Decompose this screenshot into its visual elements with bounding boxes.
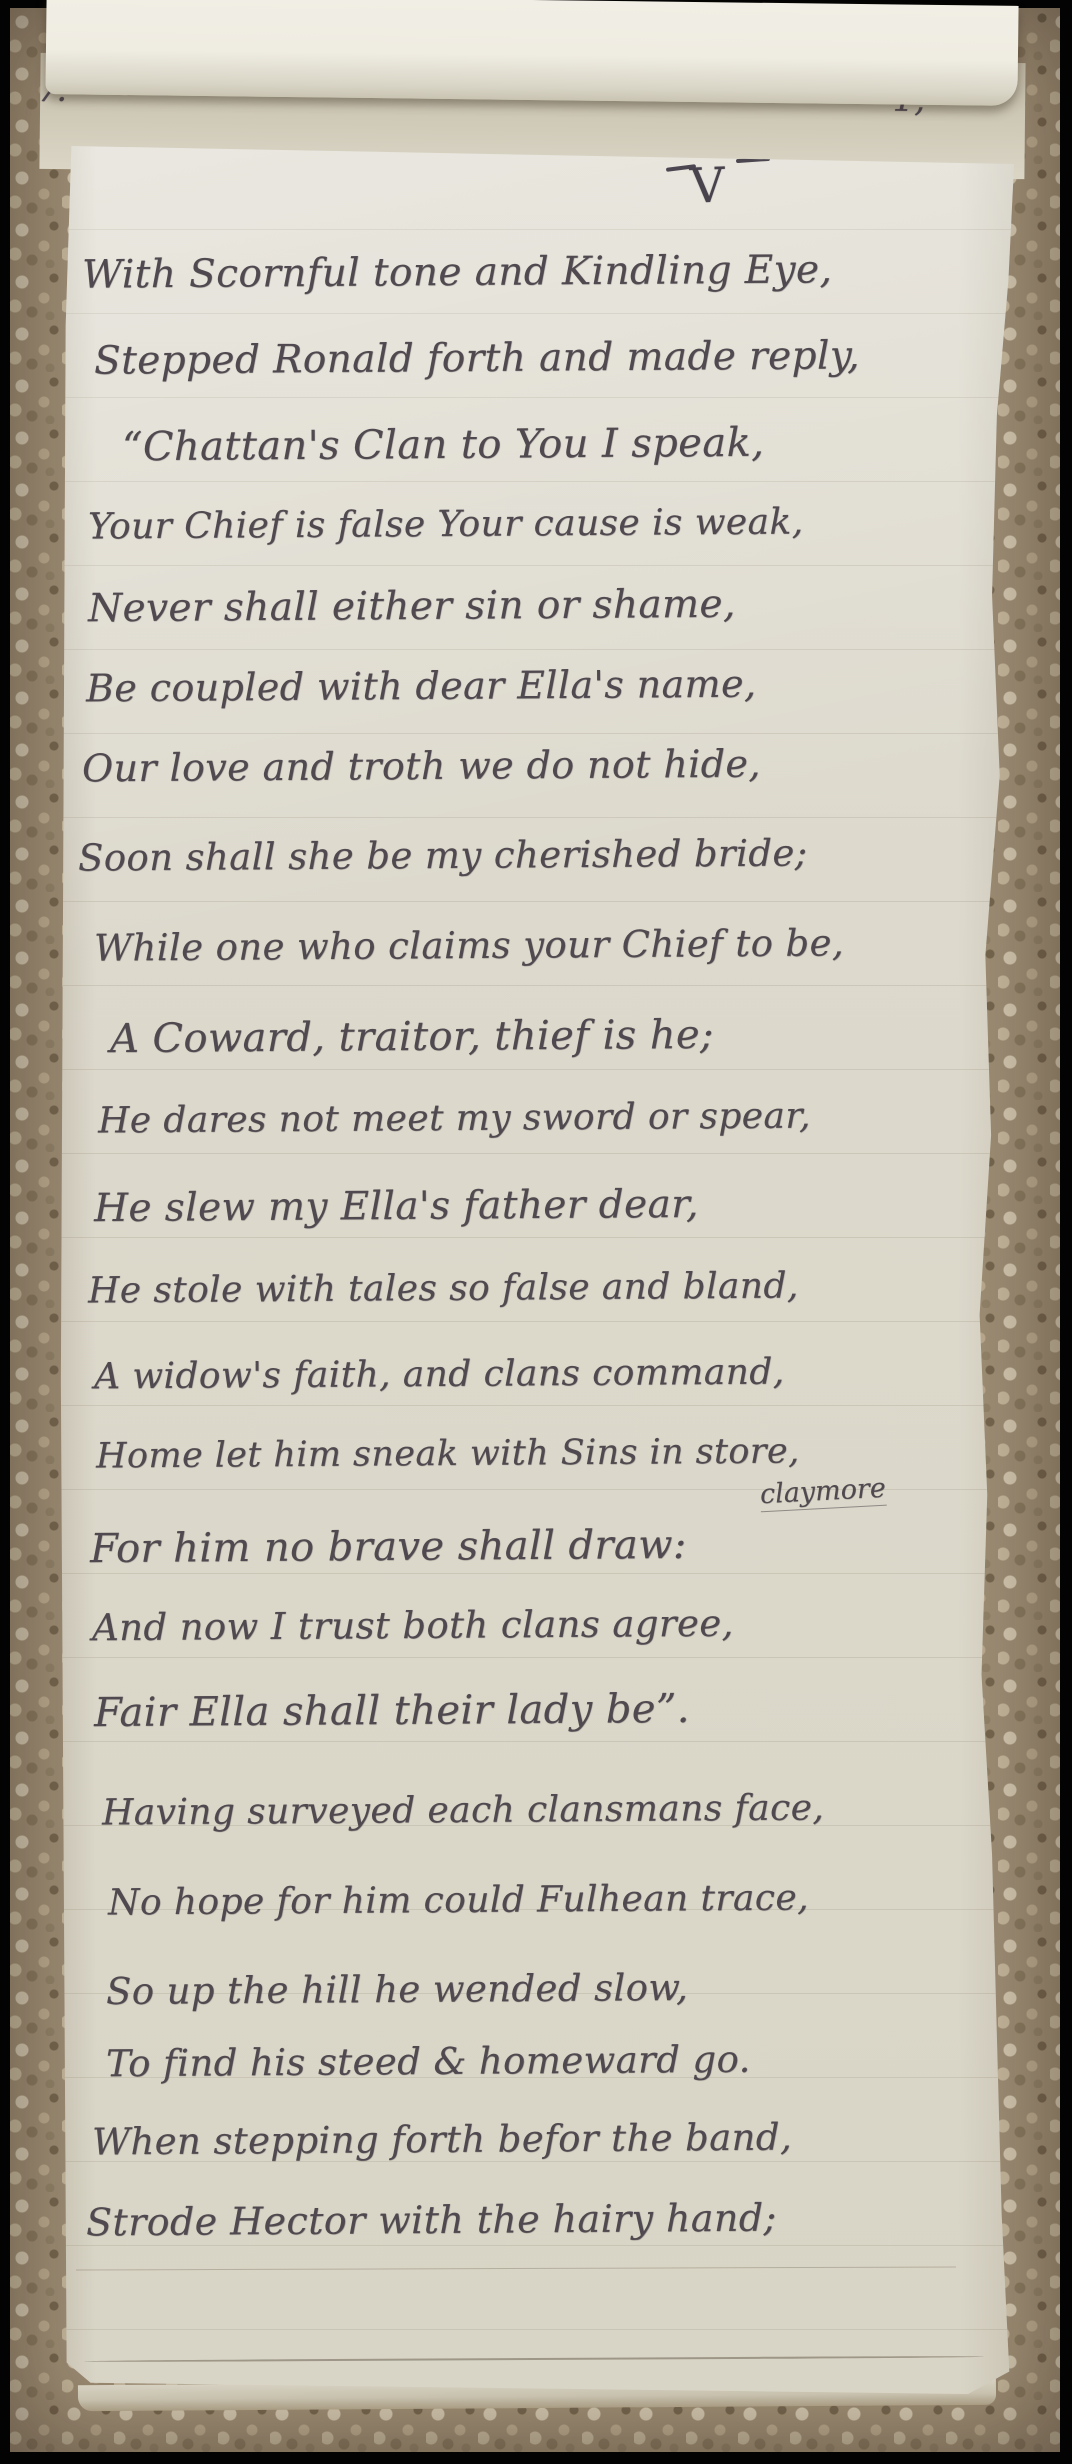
poem-line: A widow's faith, and clans command, <box>94 1352 785 1398</box>
poem-line: Home let him sneak with Sins in store, <box>96 1432 800 1477</box>
poem-line: Having surveyed each clansmans face, <box>102 1787 824 1833</box>
claymore-insertion: claymore <box>759 1473 886 1513</box>
chapter-heading: V <box>689 157 728 214</box>
poem-line: A Coward, traitor, thief is he; <box>110 1012 714 1062</box>
poem-line: So up the hill he wended slow, <box>106 1966 688 2013</box>
poem-line: He slew my Ella's father dear, <box>94 1182 699 1231</box>
photo-frame: /. 1, V With Scornful tone and Kindling … <box>0 0 1072 2464</box>
notebook-page: V With Scornful tone and Kindling Eye, S… <box>58 146 1016 2394</box>
poem-line: When stepping forth befor the band, <box>92 2116 792 2164</box>
poem-line: Never shall either sin or shame, <box>88 582 736 632</box>
poem-line: “Chattan's Clan to You I speak, <box>122 420 765 470</box>
poem-line: While one who claims your Chief to be, <box>94 921 844 969</box>
poem-line: He dares not meet my sword or spear, <box>98 1096 811 1142</box>
poem-line: Fair Ella shall their lady be”. <box>94 1686 690 1736</box>
poem-line: For him no brave shall draw: <box>90 1522 687 1572</box>
poem-line: He stole with tales so false and bland, <box>88 1266 799 1312</box>
poem-line: No hope for him could Fulhean trace, <box>108 1878 809 1924</box>
poem-line: Your Chief is false Your cause is weak, <box>88 502 804 548</box>
poem-line: Soon shall she be my cherished bride; <box>78 831 808 879</box>
poem-line: Stepped Ronald forth and made reply, <box>94 333 860 383</box>
flipped-page-curl <box>45 0 1018 106</box>
poem-line: Strode Hector with the hairy hand; <box>86 2196 777 2245</box>
poem-line: And now I trust both clans agree, <box>92 1602 734 1649</box>
pencil-rule-line <box>76 2266 956 2270</box>
poem-line: Be coupled with dear Ella's name, <box>86 662 757 711</box>
pencil-rule-line <box>84 2356 984 2363</box>
poem-line: Our love and troth we do not hide, <box>82 742 761 791</box>
poem-line: To find his steed & homeward go. <box>106 2038 751 2085</box>
poem-line: With Scornful tone and Kindling Eye, <box>82 247 833 297</box>
